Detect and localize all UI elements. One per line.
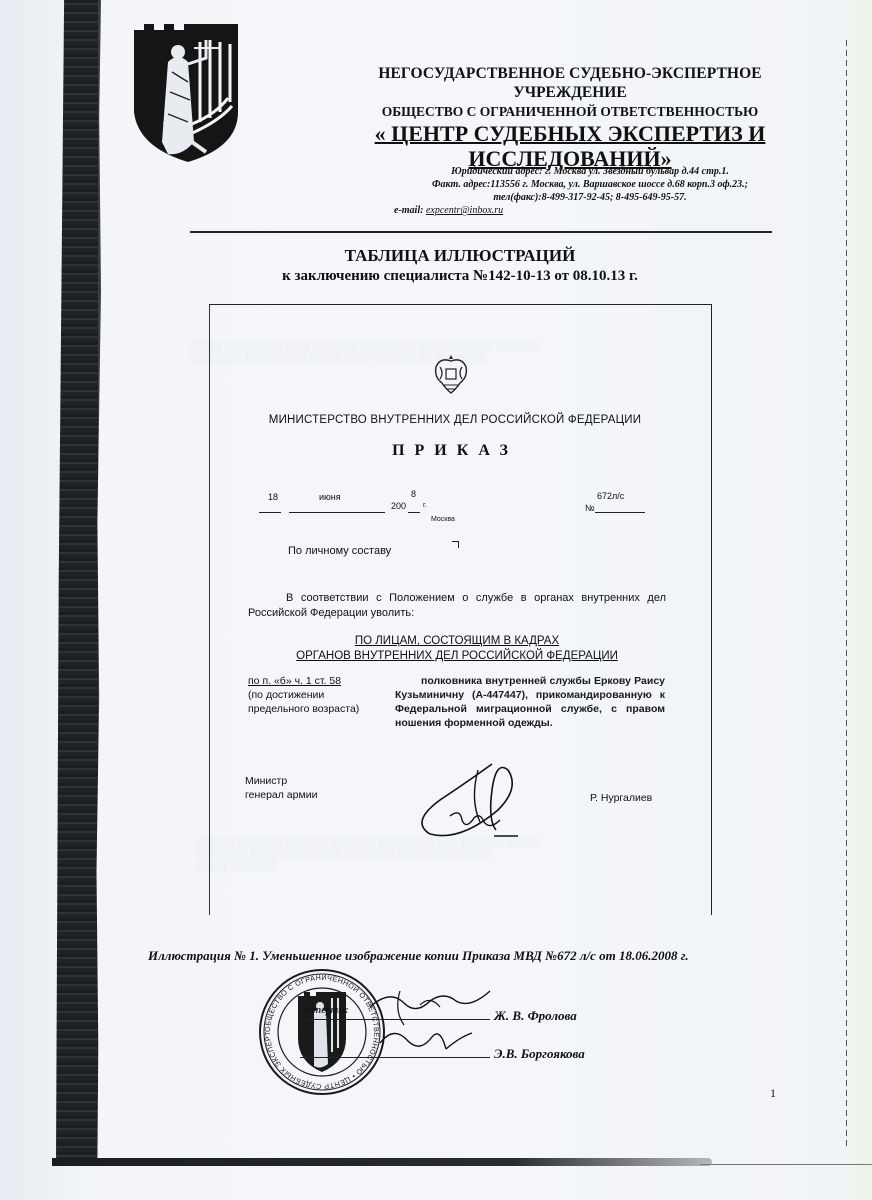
title-sub: к заключению специалиста №142-10-13 от 0… bbox=[260, 266, 660, 286]
order-year-prefix: 200 bbox=[391, 501, 406, 511]
signature-line bbox=[300, 1019, 490, 1020]
organization-header: НЕГОСУДАРСТВЕННОЕ СУДЕБНО-ЭКСПЕРТНОЕ УЧР… bbox=[340, 64, 800, 171]
page-edge-bottom bbox=[700, 1164, 872, 1165]
legal-address: Юридический адрес: г. Москва ул. Звездны… bbox=[380, 165, 800, 178]
header-divider bbox=[190, 231, 772, 233]
signature-line bbox=[300, 1057, 490, 1058]
org-name-line-1: « ЦЕНТР СУДЕБНЫХ ЭКСПЕРТИЗ И bbox=[340, 121, 800, 146]
ministry-name: МИНИСТЕРСТВО ВНУТРЕННИХ ДЕЛ РОССИЙСКОЙ Ф… bbox=[240, 414, 670, 426]
scanned-page: ░░░░░ ░░░░░░░░░ ░░░░ ░░░░░░░ ░░░░░░░░░ ░… bbox=[0, 0, 872, 1200]
order-preamble: В соответствии с Положением о службе в о… bbox=[248, 591, 666, 621]
order-number-label: № bbox=[585, 503, 595, 513]
order-city: Москва bbox=[431, 516, 455, 523]
minister-signature-icon bbox=[400, 760, 540, 840]
order-date-line: 18 июня 200 8 г. Москва № 672л/с bbox=[255, 488, 665, 528]
basis-reason: (по достижении предельного возраста) bbox=[248, 688, 378, 716]
minister-title-line-1: Министр bbox=[245, 774, 317, 788]
scan-shadow-bottom bbox=[52, 1158, 712, 1166]
page-edge-right bbox=[846, 40, 847, 1150]
signer-name-2: Э.В. Боргоякова bbox=[494, 1046, 585, 1062]
phone: тел(факс):8-499-317-92-45; 8-495-649-95-… bbox=[380, 191, 800, 204]
experts-label: Эксперты: bbox=[300, 1005, 349, 1016]
page-number: 1 bbox=[770, 1086, 776, 1101]
title-main: ТАБЛИЦА ИЛЛЮСТРАЦИЙ bbox=[260, 246, 660, 266]
signer-name-1: Ж. В. Фролова bbox=[494, 1008, 577, 1024]
order-number: 672л/с bbox=[597, 491, 624, 501]
actual-address: Факт. адрес:113556 г. Москва, ул. Варшав… bbox=[380, 178, 800, 191]
order-heading: ПРИКАЗ bbox=[240, 442, 670, 460]
section-line-1: ПО ЛИЦАМ, СОСТОЯЩИМ В КАДРАХ bbox=[248, 634, 666, 649]
order-year-unit: г. bbox=[423, 502, 427, 509]
order-section-heading: ПО ЛИЦАМ, СОСТОЯЩИМ В КАДРАХ ОРГАНОВ ВНУ… bbox=[248, 634, 666, 664]
topic-corner-mark bbox=[452, 541, 459, 548]
scan-shadow-left bbox=[56, 0, 101, 1162]
order-basis: по п. «б» ч. 1 ст. 58 (по достижении пре… bbox=[248, 674, 378, 716]
org-line-3: ОБЩЕСТВО С ОГРАНИЧЕННОЙ ОТВЕТСТВЕННОСТЬЮ bbox=[340, 103, 800, 121]
email-link[interactable]: expcentr@inbox.ru bbox=[426, 205, 503, 216]
order-topic: По личному составу bbox=[288, 545, 391, 557]
order-month: июня bbox=[319, 492, 341, 502]
section-line-2: ОРГАНОВ ВНУТРЕННИХ ДЕЛ РОССИЙСКОЙ ФЕДЕРА… bbox=[248, 649, 666, 664]
order-day: 18 bbox=[268, 492, 278, 502]
organization-contacts: Юридический адрес: г. Москва ул. Звездны… bbox=[380, 165, 800, 217]
signature-row: Э.В. Боргоякова bbox=[300, 1041, 620, 1079]
org-line-1: НЕГОСУДАРСТВЕННОЕ СУДЕБНО-ЭКСПЕРТНОЕ bbox=[340, 64, 800, 83]
org-line-2: УЧРЕЖДЕНИЕ bbox=[340, 83, 800, 102]
order-year-suffix: 8 bbox=[411, 489, 416, 499]
email-label: e-mail: bbox=[394, 205, 423, 216]
document-title: ТАБЛИЦА ИЛЛЮСТРАЦИЙ к заключению специал… bbox=[260, 246, 660, 286]
double-headed-eagle-emblem-icon bbox=[432, 353, 470, 395]
minister-name: Р. Нургалиев bbox=[590, 792, 652, 804]
order-body: полковника внутренней службы Еркову Раис… bbox=[395, 674, 665, 730]
themis-shield-logo-icon bbox=[128, 22, 246, 162]
signature-row: Эксперты: Ж. В. Фролова bbox=[300, 1003, 620, 1041]
minister-title-line-2: генерал армии bbox=[245, 788, 317, 802]
minister-title: Министр генерал армии bbox=[245, 774, 317, 802]
basis-clause: по п. «б» ч. 1 ст. 58 bbox=[248, 674, 378, 688]
expert-signatures: Эксперты: Ж. В. Фролова Э.В. Боргоякова bbox=[300, 1003, 620, 1079]
illustration-caption: Иллюстрация № 1. Уменьшенное изображение… bbox=[104, 947, 784, 964]
